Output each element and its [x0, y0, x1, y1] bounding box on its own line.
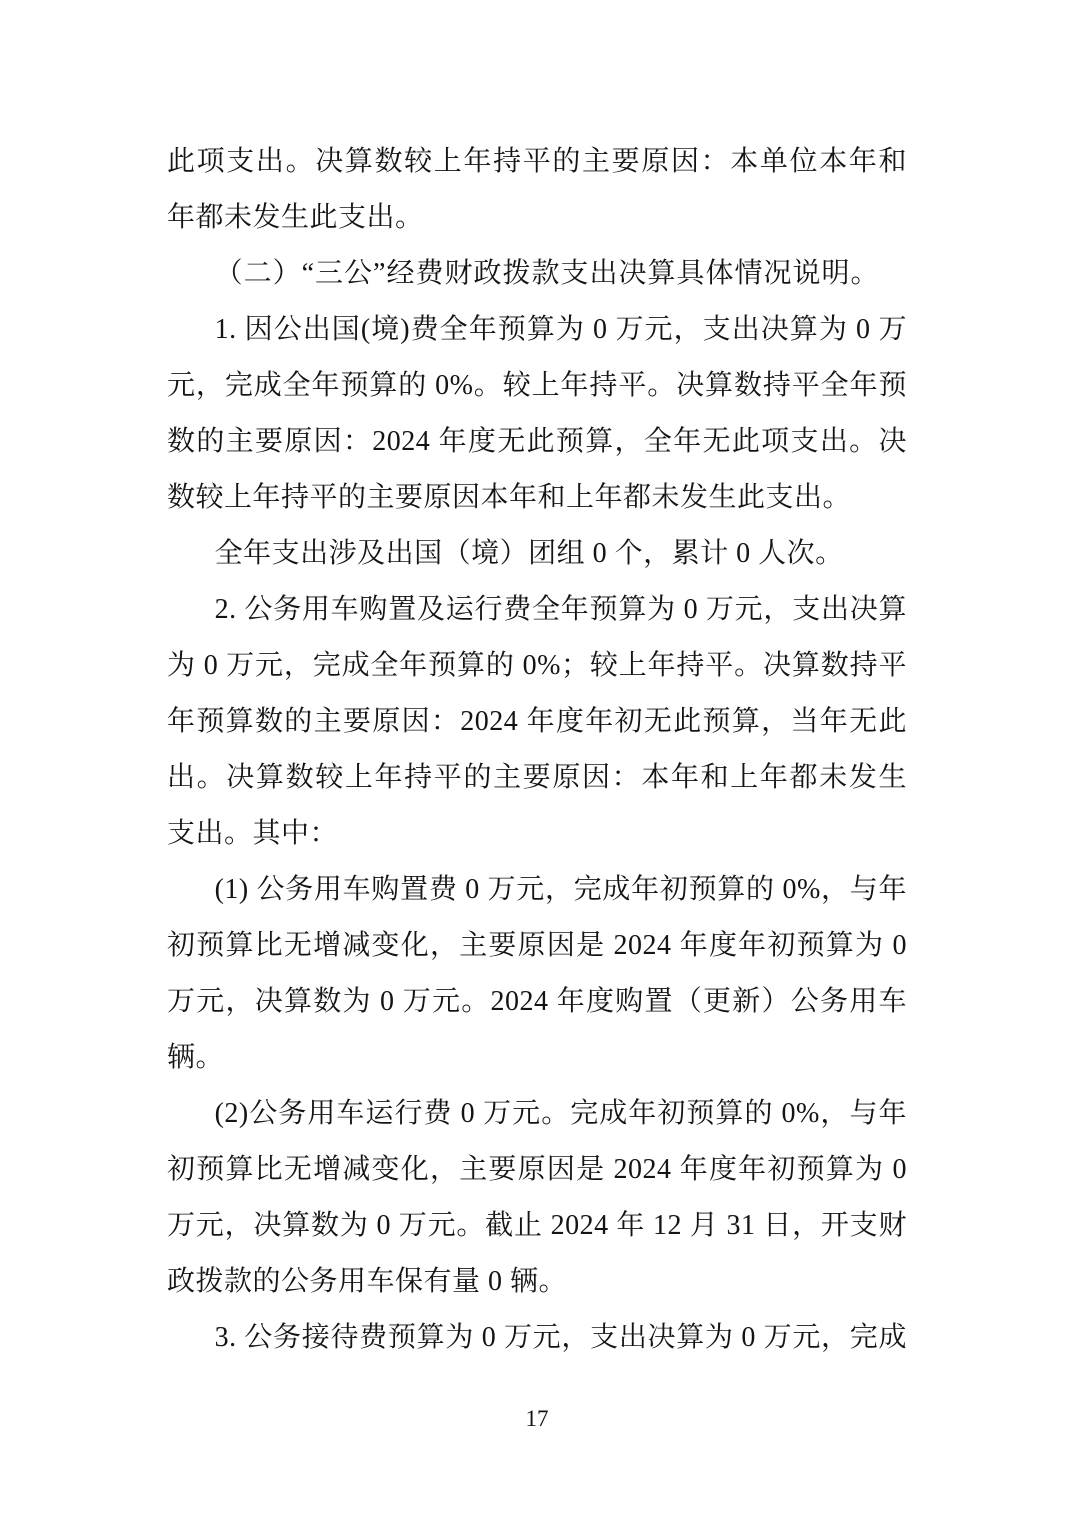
text-line: 全年支出涉及出国（境）团组 0 个，累计 0 人次。 [167, 526, 907, 582]
text-line: 万元，决算数为 0 万元。2024 年度购置（更新）公务用车 0 [167, 974, 907, 1030]
text-line: 元，完成全年预算的 0%。较上年持平。决算数持平全年预算 [167, 358, 907, 414]
text-line: (1) 公务用车购置费 0 万元，完成年初预算的 0%，与年 [167, 862, 907, 918]
page-number: 17 [0, 1405, 1074, 1433]
page-body: 此项支出。决算数较上年持平的主要原因：本单位本年和上 年都未发生此支出。 （二）… [167, 134, 907, 1366]
text-line: 3. 公务接待费预算为 0 万元，支出决算为 0 万元，完成 [167, 1310, 907, 1366]
text-line: 万元，决算数为 0 万元。截止 2024 年 12 月 31 日，开支财 [167, 1198, 907, 1254]
text-line: 初预算比无增减变化，主要原因是 2024 年度年初预算为 0 [167, 1142, 907, 1198]
text-line: 出。决算数较上年持平的主要原因：本年和上年都未发生此 [167, 750, 907, 806]
document-page: 此项支出。决算数较上年持平的主要原因：本单位本年和上 年都未发生此支出。 （二）… [0, 0, 1074, 1520]
section-heading: （二）“三公”经费财政拨款支出决算具体情况说明。 [167, 246, 907, 302]
text-line: 支出。其中： [167, 806, 907, 862]
text-line: 政拨款的公务用车保有量 0 辆。 [167, 1254, 907, 1310]
text-line: 数的主要原因：2024 年度无此预算，全年无此项支出。决算 [167, 414, 907, 470]
text-line: 年都未发生此支出。 [167, 190, 907, 246]
text-line: 初预算比无增减变化，主要原因是 2024 年度年初预算为 0 [167, 918, 907, 974]
text-line: 2. 公务用车购置及运行费全年预算为 0 万元，支出决算 [167, 582, 907, 638]
text-line: 为 0 万元，完成全年预算的 0%；较上年持平。决算数持平全 [167, 638, 907, 694]
text-line: 数较上年持平的主要原因本年和上年都未发生此支出。 [167, 470, 907, 526]
text-line: 1. 因公出国(境)费全年预算为 0 万元，支出决算为 0 万 [167, 302, 907, 358]
text-line: 此项支出。决算数较上年持平的主要原因：本单位本年和上 [167, 134, 907, 190]
text-line: 辆。 [167, 1030, 907, 1086]
text-line: 年预算数的主要原因：2024 年度年初无此预算，当年无此支 [167, 694, 907, 750]
text-line: (2)公务用车运行费 0 万元。完成年初预算的 0%，与年 [167, 1086, 907, 1142]
